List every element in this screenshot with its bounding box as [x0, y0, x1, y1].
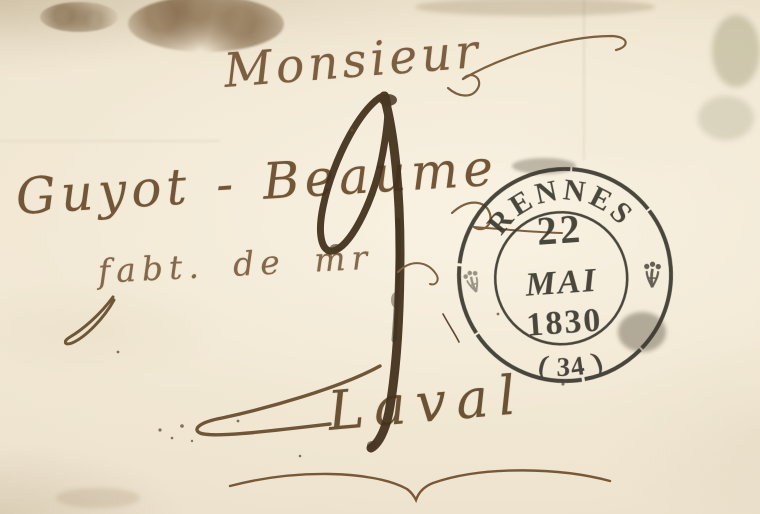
address-recipient-name: Guyot - Beaume [14, 139, 499, 226]
paper-crease-vertical [583, 0, 585, 160]
green-stain-right-edge [712, 15, 760, 87]
underline-flourish [230, 470, 610, 500]
postmark-month: MAI [523, 262, 599, 304]
postmark-day: 22 [535, 206, 584, 254]
ermine-spot-icon [644, 262, 660, 287]
ermine-spot-icon [463, 269, 483, 294]
descender-loop [65, 297, 114, 344]
profession-tail-wave [398, 263, 438, 284]
postmark-rennes-cds: RENNES ( 34 ) 22 MAI 1830 [441, 151, 689, 399]
postmark-department-text: ( 34 ) [534, 344, 609, 384]
postmark-graphic: RENNES ( 34 ) 22 MAI 1830 [441, 151, 689, 399]
ink-blot [379, 94, 397, 106]
paper-crease-horizontal [0, 140, 220, 142]
tax-numeral-stem-shade [394, 220, 398, 340]
address-profession-line: fabt. de mr [97, 238, 374, 291]
postmark-department: ( 34 ) [534, 344, 609, 384]
monsieur-tail-swash [463, 36, 626, 79]
ink-blot [367, 441, 377, 449]
ink-smudge-top-center [415, 0, 655, 16]
ink-blot [391, 292, 401, 308]
ink-smudge-top-left [40, 2, 118, 32]
green-stain-right [698, 96, 754, 140]
stain-bottom-left [56, 488, 140, 508]
letter-sheet: Monsieur Guyot - Beaume fabt. de mr Lava… [0, 0, 760, 514]
postmark-year: 1830 [525, 302, 603, 344]
